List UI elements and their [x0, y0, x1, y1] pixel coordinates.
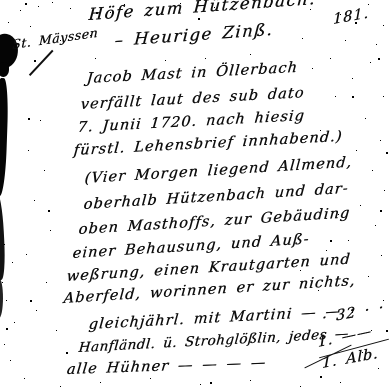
handwritten-line: (Vier Morgen liegend Allmend,: [84, 156, 353, 187]
page-subtitle: – Heurige Zinß.: [114, 22, 274, 50]
handwritten-line: Jacob Mast in Öllerbach: [86, 61, 299, 87]
manuscript-page: Höfe zum Hützenbach. 181. – Heurige Zinß…: [0, 0, 390, 390]
handwritten-line: verfällt laut des sub dato: [80, 86, 305, 112]
binding-ink-streak: [0, 78, 9, 196]
folio-number: 181.: [333, 6, 369, 27]
binding-ink-streak: [0, 278, 3, 318]
scan-noise-speckles-large: [0, 0, 2, 2]
page-title: Höfe zum Hützenbach.: [88, 0, 317, 24]
entry-amount: 1. Alb.: [322, 347, 379, 372]
binding-ink-blob: [0, 62, 9, 77]
handwritten-line: fürstl. Lehensbrief innhabend.): [73, 130, 343, 159]
handwritten-line: 7. Junii 1720. nach hiesig: [77, 109, 305, 135]
margin-note: St. Mäyssen: [12, 27, 98, 52]
margin-note-flourish: [29, 50, 53, 76]
binding-ink-streak: [0, 192, 6, 280]
entry-text: alle Hühner — — — —: [66, 356, 267, 378]
entry-text: Hanfländl. ü. Strohglößlin, jedes —: [78, 328, 349, 356]
